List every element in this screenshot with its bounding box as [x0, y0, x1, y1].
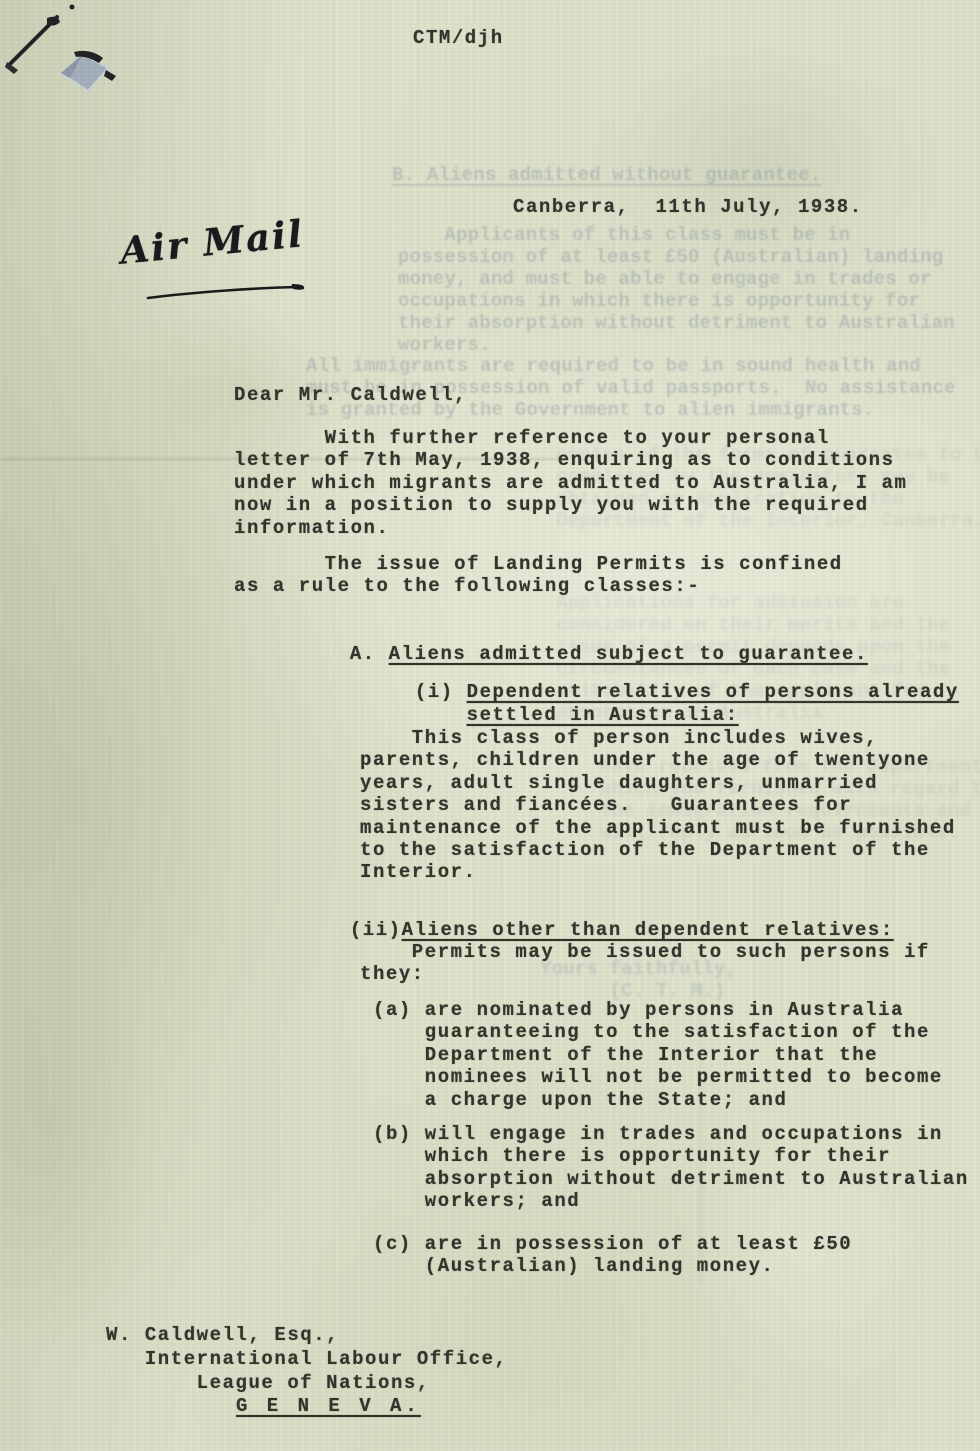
- typist-reference: CTM/djh: [413, 27, 504, 49]
- ghost-text-heading: B. Aliens admitted without guarantee.: [392, 164, 821, 186]
- dateline: Canberra, 11th July, 1938.: [513, 196, 863, 218]
- paper-stain: [0, 900, 160, 1360]
- punch-hole: [0, 0, 150, 115]
- clause-b: (b) will engage in trades and occupation…: [373, 1123, 969, 1213]
- item-ii-prefix: (ii): [350, 919, 402, 941]
- item-i-title: Dependent relatives of persons already s…: [467, 681, 959, 726]
- item-ii-intro: Permits may be issued to such persons if…: [360, 941, 930, 986]
- airmail-annotation: Air Mail: [118, 211, 306, 272]
- clause-c: (c) are in possession of at least £50 (A…: [373, 1233, 852, 1278]
- item-ii-title: Aliens other than dependent relatives:: [402, 919, 894, 941]
- paragraph-introduction: With further reference to your personal …: [234, 427, 908, 539]
- paper-stain: [620, 50, 900, 270]
- airmail-underline: [140, 278, 320, 304]
- ink-dot: [70, 5, 75, 10]
- salutation: Dear Mr. Caldwell,: [234, 384, 467, 406]
- scanned-letter-page: B. Aliens admitted without guarantee. Ap…: [0, 0, 980, 1451]
- addressee-block: W. Caldwell, Esq., International Labour …: [106, 1323, 508, 1395]
- paragraph-landing-permits: The issue of Landing Permits is confined…: [234, 553, 843, 598]
- item-i-prefix: (i): [415, 681, 467, 703]
- clause-a: (a) are nominated by persons in Australi…: [373, 999, 943, 1111]
- torn-edge-mark: [104, 70, 116, 81]
- addressee-city: G E N E V A.: [236, 1395, 421, 1417]
- item-i-body: This class of person includes wives, par…: [360, 727, 956, 884]
- ghost-text-block: Applicants of this class must be in poss…: [398, 224, 955, 356]
